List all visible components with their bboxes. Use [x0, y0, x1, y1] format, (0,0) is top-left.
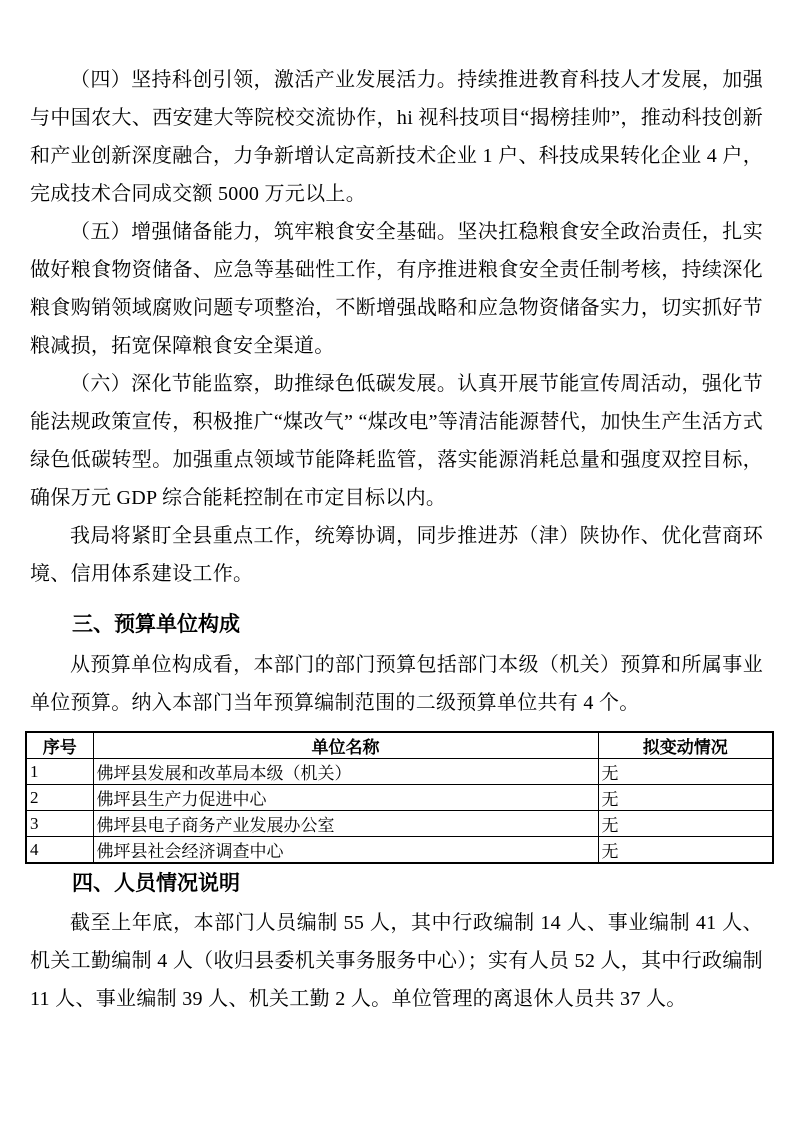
- cell-name: 佛坪县发展和改革局本级（机关）: [93, 759, 598, 785]
- cell-name: 佛坪县电子商务产业发展办公室: [93, 811, 598, 837]
- paragraph-item-6: （六）深化节能监察，助推绿色低碳发展。认真开展节能宣传周活动，强化节能法规政策宣…: [30, 365, 763, 517]
- document-page: （四）坚持科创引领，激活产业发展活力。持续推进教育科技人才发展，加强与中国农大、…: [0, 0, 793, 1122]
- table-row: 2 佛坪县生产力促进中心 无: [26, 785, 773, 811]
- cell-name: 佛坪县社会经济调查中心: [93, 837, 598, 864]
- cell-change: 无: [598, 759, 773, 785]
- table-row: 1 佛坪县发展和改革局本级（机关） 无: [26, 759, 773, 785]
- section-heading-budget-units: 三、预算单位构成: [30, 607, 763, 643]
- table-row: 4 佛坪县社会经济调查中心 无: [26, 837, 773, 864]
- table-header-no: 序号: [26, 732, 93, 759]
- cell-change: 无: [598, 811, 773, 837]
- cell-no: 3: [26, 811, 93, 837]
- paragraph-staff: 截至上年底，本部门人员编制 55 人，其中行政编制 14 人、事业编制 41 人…: [30, 904, 763, 1018]
- paragraph-item-4: （四）坚持科创引领，激活产业发展活力。持续推进教育科技人才发展，加强与中国农大、…: [30, 61, 763, 213]
- cell-no: 4: [26, 837, 93, 864]
- table-header-change: 拟变动情况: [598, 732, 773, 759]
- cell-no: 1: [26, 759, 93, 785]
- cell-name: 佛坪县生产力促进中心: [93, 785, 598, 811]
- table-header-row: 序号 单位名称 拟变动情况: [26, 732, 773, 759]
- paragraph-budget-units-intro: 从预算单位构成看，本部门的部门预算包括部门本级（机关）预算和所属事业单位预算。纳…: [30, 646, 763, 722]
- paragraph-item-5: （五）增强储备能力，筑牢粮食安全基础。坚决扛稳粮食安全政治责任，扎实做好粮食物资…: [30, 213, 763, 365]
- cell-change: 无: [598, 785, 773, 811]
- cell-no: 2: [26, 785, 93, 811]
- table-row: 3 佛坪县电子商务产业发展办公室 无: [26, 811, 773, 837]
- table-header-name: 单位名称: [93, 732, 598, 759]
- paragraph-closing: 我局将紧盯全县重点工作，统筹协调，同步推进苏（津）陕协作、优化营商环境、信用体系…: [30, 517, 763, 593]
- cell-change: 无: [598, 837, 773, 864]
- section-heading-staff: 四、人员情况说明: [30, 866, 763, 902]
- budget-units-table: 序号 单位名称 拟变动情况 1 佛坪县发展和改革局本级（机关） 无 2 佛坪县生…: [25, 731, 774, 864]
